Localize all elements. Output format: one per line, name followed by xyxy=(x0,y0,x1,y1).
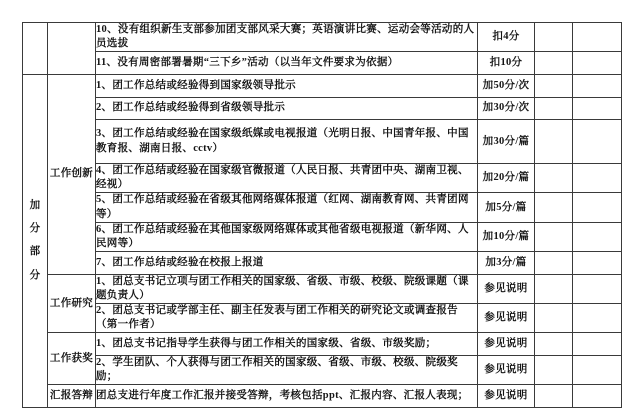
table-row: 加 分 部 分 工作创新 1、团工作总结或经验得到国家级领导批示 加50分/次 xyxy=(23,74,622,97)
criteria-cell: 1、团总支书记立项与团工作相关的国家级、省级、市级、校级、院级课题（课题负责人） xyxy=(96,274,478,303)
result-cell xyxy=(573,356,622,380)
score-cell: 加10分/篇 xyxy=(478,222,535,251)
score-cell: 参见说明 xyxy=(478,274,535,303)
criteria-cell: 7、团工作总结或经验在校报上报道 xyxy=(96,252,478,275)
table-row: 工作研究 1、团总支书记立项与团工作相关的国家级、省级、市级、校级、院级课题（课… xyxy=(23,274,622,303)
table-row: 11、没有周密部署暑期“三下乡”活动（以当年文件要求为依据） 扣10分 xyxy=(23,52,622,75)
result-cell xyxy=(573,222,622,251)
check-cell xyxy=(535,222,573,251)
criteria-cell: 11、没有周密部署暑期“三下乡”活动（以当年文件要求为依据） xyxy=(96,52,478,75)
document-sheet: 10、没有组织新生支部参加团支部风采大赛；英语演讲比赛、运动会等活动的人员选拔 … xyxy=(22,22,622,380)
check-cell xyxy=(535,23,573,52)
score-cell: 扣4分 xyxy=(478,23,535,52)
criteria-cell: 6、团工作总结或经验在其他国家级网络媒体或其他省级电视报道（新华网、人民网等） xyxy=(96,222,478,251)
score-cell: 加50分/次 xyxy=(478,74,535,97)
vertical-label-char: 加 xyxy=(30,199,41,213)
result-cell xyxy=(573,274,622,303)
table-row: 工作获奖 1、团总支书记指导学生获得与团工作相关的国家级、省级、市级奖励； 参见… xyxy=(23,333,622,356)
table-row: 7、团工作总结或经验在校报上报道 加3分/篇 xyxy=(23,252,622,275)
check-cell xyxy=(535,52,573,75)
criteria-cell: 10、没有组织新生支部参加团支部风采大赛；英语演讲比赛、运动会等活动的人员选拔 xyxy=(96,23,478,52)
criteria-cell: 5、团工作总结或经验在省级其他网络媒体报道（红网、湖南教育网、共青团网等） xyxy=(96,193,478,222)
table-row: 5、团工作总结或经验在省级其他网络媒体报道（红网、湖南教育网、共青团网等） 加5… xyxy=(23,193,622,222)
check-cell xyxy=(535,252,573,275)
score-table: 10、没有组织新生支部参加团支部风采大赛；英语演讲比赛、运动会等活动的人员选拔 … xyxy=(22,22,622,380)
criteria-cell: 2、团工作总结或经验得到省级领导批示 xyxy=(96,97,478,120)
check-cell xyxy=(535,74,573,97)
section-label-research: 工作研究 xyxy=(48,274,96,333)
table-row: 3、团工作总结或经验在国家级纸媒或电视报道（光明日报、中国青年报、中国教育报、湖… xyxy=(23,120,622,164)
criteria-cell: 2、学生团队、个人获得与团工作相关的国家级、省级、市级、校级、院级奖励； xyxy=(96,356,478,380)
result-cell xyxy=(573,97,622,120)
criteria-cell: 1、团总支书记指导学生获得与团工作相关的国家级、省级、市级奖励； xyxy=(96,333,478,356)
score-cell: 加30分/篇 xyxy=(478,120,535,164)
table-row: 4、团工作总结或经验在国家级官微报道（人民日报、共青团中央、湖南卫视、经视） 加… xyxy=(23,164,622,193)
result-cell xyxy=(573,23,622,52)
check-cell xyxy=(535,356,573,380)
check-cell xyxy=(535,333,573,356)
vertical-label-char: 部 xyxy=(30,245,41,259)
table-row: 2、团工作总结或经验得到省级领导批示 加30分/次 xyxy=(23,97,622,120)
result-cell xyxy=(573,52,622,75)
criteria-cell: 3、团工作总结或经验在国家级纸媒或电视报道（光明日报、中国青年报、中国教育报、湖… xyxy=(96,120,478,164)
score-cell: 参见说明 xyxy=(478,304,535,333)
table-row: 6、团工作总结或经验在其他国家级网络媒体或其他省级电视报道（新华网、人民网等） … xyxy=(23,222,622,251)
result-cell xyxy=(573,333,622,356)
check-cell xyxy=(535,164,573,193)
score-cell: 加30分/次 xyxy=(478,97,535,120)
result-cell xyxy=(573,74,622,97)
criteria-cell: 4、团工作总结或经验在国家级官微报道（人民日报、共青团中央、湖南卫视、经视） xyxy=(96,164,478,193)
section-label-awards: 工作获奖 xyxy=(48,333,96,380)
check-cell xyxy=(535,120,573,164)
score-cell: 扣10分 xyxy=(478,52,535,75)
score-cell: 参见说明 xyxy=(478,356,535,380)
table-row: 2、学生团队、个人获得与团工作相关的国家级、省级、市级、校级、院级奖励； 参见说… xyxy=(23,356,622,380)
criteria-cell: 2、团总支书记或学部主任、副主任发表与团工作相关的研究论文或调查报告（第一作者） xyxy=(96,304,478,333)
deduction-section-cell xyxy=(48,23,96,75)
result-cell xyxy=(573,252,622,275)
vertical-label: 加 分 部 分 xyxy=(23,199,47,283)
criteria-cell: 1、团工作总结或经验得到国家级领导批示 xyxy=(96,74,478,97)
vertical-label-char: 分 xyxy=(30,222,41,236)
bonus-part-header: 加 分 部 分 xyxy=(23,74,48,380)
check-cell xyxy=(535,274,573,303)
deduction-part-cell xyxy=(23,23,48,75)
section-label-innovation: 工作创新 xyxy=(48,74,96,274)
table-row: 2、团总支书记或学部主任、副主任发表与团工作相关的研究论文或调查报告（第一作者）… xyxy=(23,304,622,333)
score-cell: 加3分/篇 xyxy=(478,252,535,275)
score-cell: 加20分/篇 xyxy=(478,164,535,193)
vertical-label-char: 分 xyxy=(30,269,41,283)
result-cell xyxy=(573,193,622,222)
check-cell xyxy=(535,304,573,333)
result-cell xyxy=(573,164,622,193)
check-cell xyxy=(535,193,573,222)
table-row: 10、没有组织新生支部参加团支部风采大赛；英语演讲比赛、运动会等活动的人员选拔 … xyxy=(23,23,622,52)
result-cell xyxy=(573,304,622,333)
check-cell xyxy=(535,97,573,120)
result-cell xyxy=(573,120,622,164)
score-cell: 加5分/篇 xyxy=(478,193,535,222)
score-cell: 参见说明 xyxy=(478,333,535,356)
